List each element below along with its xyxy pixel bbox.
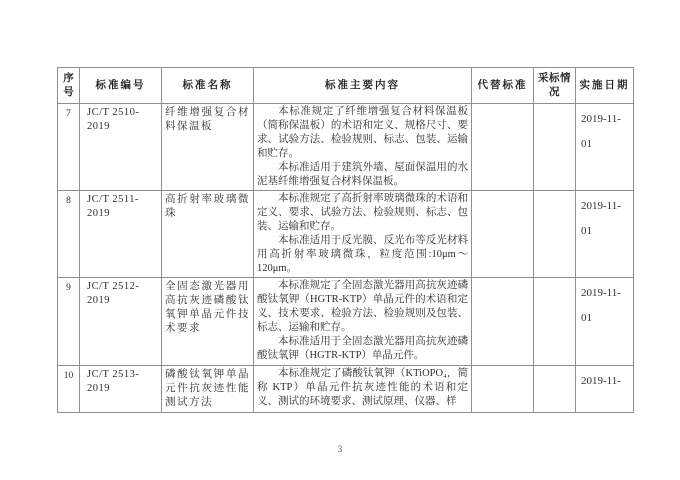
row-implementation-date: 2019-11- [576, 366, 634, 413]
standards-table: 序号 标准编号 标准名称 标准主要内容 代替标准 采标情况 实施日期 7 JC/… [57, 67, 634, 413]
row-standard-content: 本标准规定了磷酸钛氧钾（KTiOPO₄，简称 KTP）单晶元件抗灰迹性能的术语和… [254, 366, 472, 413]
row-adoption-status [534, 191, 576, 278]
content-paragraph: 本标准规定了纤维增强复合材料保温板（简称保温板）的术语和定义、规格尺寸、要求、试… [257, 105, 468, 161]
row-standard-code: JC/T 2513-2019 [80, 366, 162, 413]
col-header-content: 标准主要内容 [254, 68, 472, 104]
col-header-adoption: 采标情况 [534, 68, 576, 104]
row-seq: 7 [58, 104, 80, 191]
content-paragraph: 本标准规定了磷酸钛氧钾（KTiOPO₄，简称 KTP）单晶元件抗灰迹性能的术语和… [257, 367, 468, 409]
table-row: 8 JC/T 2511-2019 高折射率玻璃微珠 本标准规定了高折射率玻璃微珠… [58, 191, 634, 278]
content-paragraph: 本标准规定了高折射率玻璃微珠的术语和定义、要求、试验方法、检验规则、标志、包装、… [257, 192, 468, 234]
row-replaced-standard [472, 278, 534, 366]
date-text: 2019-11-01 [581, 194, 629, 244]
row-replaced-standard [472, 104, 534, 191]
row-standard-name: 全固态激光器用高抗灰迹磷酸钛氧钾单晶元件技术要求 [162, 278, 254, 366]
col-header-code: 标准编号 [80, 68, 162, 104]
row-implementation-date: 2019-11-01 [576, 191, 634, 278]
table-row: 7 JC/T 2510-2019 纤维增强复合材料保温板 本标准规定了纤维增强复… [58, 104, 634, 191]
content-paragraph: 本标准适用于全固态激光器用高抗灰迹磷酸钛氧钾（HGTR-KTP）单晶元件。 [257, 335, 468, 363]
row-standard-content: 本标准规定了全固态激光器用高抗灰迹磷酸钛氧钾（HGTR-KTP）单晶元件的术语和… [254, 278, 472, 366]
col-header-name: 标准名称 [162, 68, 254, 104]
row-standard-code: JC/T 2512-2019 [80, 278, 162, 366]
row-seq: 10 [58, 366, 80, 413]
content-paragraph: 本标准适用于建筑外墙、屋面保温用的水泥基纤维增强复合材料保温板。 [257, 161, 468, 189]
col-header-seq: 序号 [58, 68, 80, 104]
col-header-date: 实施日期 [576, 68, 634, 104]
date-text: 2019-11-01 [581, 107, 629, 157]
table-row: 10 JC/T 2513-2019 磷酸钛氧钾单晶元件抗灰迹性能测试方法 本标准… [58, 366, 634, 413]
row-adoption-status [534, 366, 576, 413]
row-implementation-date: 2019-11-01 [576, 104, 634, 191]
row-adoption-status [534, 104, 576, 191]
row-seq: 9 [58, 278, 80, 366]
date-text: 2019-11-01 [581, 281, 629, 331]
content-paragraph: 本标准适用于反光膜、反光布等反光材料用高折射率玻璃微珠，粒度范围:10μm～12… [257, 234, 468, 276]
page-number: 3 [0, 444, 680, 454]
row-standard-content: 本标准规定了纤维增强复合材料保温板（简称保温板）的术语和定义、规格尺寸、要求、试… [254, 104, 472, 191]
row-adoption-status [534, 278, 576, 366]
row-replaced-standard [472, 366, 534, 413]
row-implementation-date: 2019-11-01 [576, 278, 634, 366]
row-standard-name: 纤维增强复合材料保温板 [162, 104, 254, 191]
row-standard-code: JC/T 2510-2019 [80, 104, 162, 191]
row-standard-code: JC/T 2511-2019 [80, 191, 162, 278]
row-standard-content: 本标准规定了高折射率玻璃微珠的术语和定义、要求、试验方法、检验规则、标志、包装、… [254, 191, 472, 278]
content-paragraph: 本标准规定了全固态激光器用高抗灰迹磷酸钛氧钾（HGTR-KTP）单晶元件的术语和… [257, 279, 468, 335]
row-seq: 8 [58, 191, 80, 278]
row-replaced-standard [472, 191, 534, 278]
row-standard-name: 高折射率玻璃微珠 [162, 191, 254, 278]
date-text: 2019-11- [581, 369, 629, 394]
col-header-replaced: 代替标准 [472, 68, 534, 104]
table-row: 9 JC/T 2512-2019 全固态激光器用高抗灰迹磷酸钛氧钾单晶元件技术要… [58, 278, 634, 366]
row-standard-name: 磷酸钛氧钾单晶元件抗灰迹性能测试方法 [162, 366, 254, 413]
document-page: 序号 标准编号 标准名称 标准主要内容 代替标准 采标情况 实施日期 7 JC/… [0, 0, 680, 480]
table-header-row: 序号 标准编号 标准名称 标准主要内容 代替标准 采标情况 实施日期 [58, 68, 634, 104]
